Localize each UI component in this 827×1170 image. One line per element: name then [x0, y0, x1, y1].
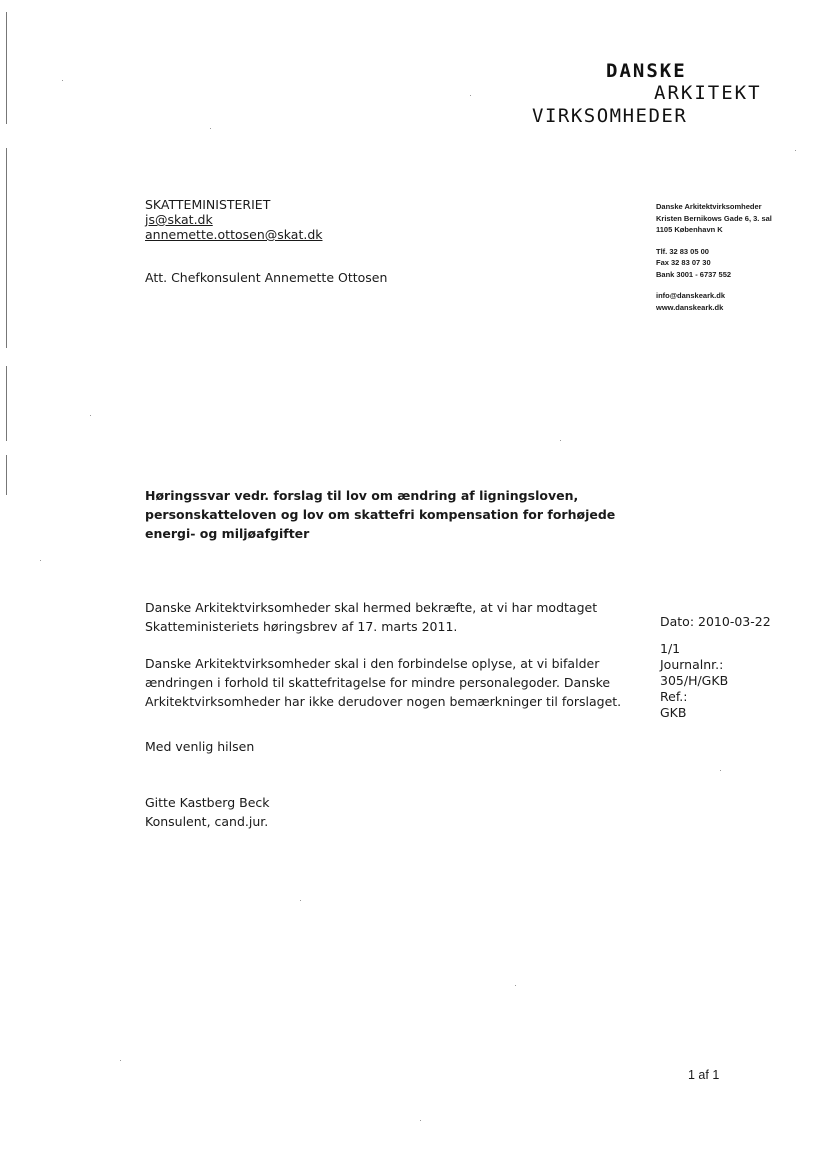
ref-value: GKB: [660, 705, 771, 721]
sender-address: Kristen Bernikows Gade 6, 3. sal: [656, 213, 772, 225]
scan-edge-line: [6, 148, 7, 348]
attention-line: Att. Chefkonsulent Annemette Ottosen: [145, 270, 387, 285]
closing-salutation: Med venlig hilsen: [145, 737, 625, 756]
recipient-organization: SKATTEMINISTERIET: [145, 197, 323, 212]
scan-edge-line: [6, 12, 7, 124]
scan-speck: [515, 985, 516, 986]
journal-label: Journalnr.:: [660, 657, 771, 673]
recipient-email-link[interactable]: js@skat.dk: [145, 212, 323, 227]
logo-virksomheder: VIRKSOMHEDER: [532, 105, 687, 127]
page-fraction: 1/1: [660, 641, 771, 657]
scan-speck: [120, 1060, 121, 1061]
scan-speck: [420, 1120, 421, 1121]
letter-subject: Høringssvar vedr. forslag til lov om ænd…: [145, 486, 625, 543]
logo-danske: DANSKE: [606, 60, 687, 82]
letter-meta: Dato: 2010-03-22 1/1 Journalnr.: 305/H/G…: [660, 614, 771, 721]
recipient-block: SKATTEMINISTERIET js@skat.dk annemette.o…: [145, 197, 323, 242]
scan-edge-line: [6, 455, 7, 495]
scan-speck: [470, 95, 471, 96]
body-paragraph: Danske Arkitektvirksomheder skal hermed …: [145, 598, 625, 636]
sender-phone: Tlf. 32 83 05 00: [656, 246, 772, 258]
signature-block: Gitte Kastberg Beck Konsulent, cand.jur.: [145, 793, 625, 831]
scan-speck: [62, 80, 63, 81]
ref-label: Ref.:: [660, 689, 771, 705]
letter-date: Dato: 2010-03-22: [660, 614, 771, 630]
sender-bank: Bank 3001 - 6737 552: [656, 269, 772, 281]
logo-arkitekt: ARKITEKT: [654, 82, 762, 104]
page-number: 1 af 1: [688, 1068, 719, 1082]
scan-speck: [40, 560, 41, 561]
journal-value: 305/H/GKB: [660, 673, 771, 689]
sender-fax: Fax 32 83 07 30: [656, 257, 772, 269]
body-paragraph: Danske Arkitektvirksomheder skal i den f…: [145, 654, 625, 711]
sender-website-link[interactable]: www.danskeark.dk: [656, 302, 772, 314]
scan-speck: [560, 440, 561, 441]
sender-block: Danske Arkitektvirksomheder Kristen Bern…: [656, 201, 772, 313]
scan-speck: [210, 128, 211, 129]
scan-speck: [795, 150, 796, 151]
signature-title: Konsulent, cand.jur.: [145, 812, 625, 831]
scan-speck: [90, 415, 91, 416]
signature-name: Gitte Kastberg Beck: [145, 793, 625, 812]
scan-speck: [720, 770, 721, 771]
sender-email-link[interactable]: info@danskeark.dk: [656, 290, 772, 302]
scan-edge-line: [6, 366, 7, 441]
sender-postal: 1105 København K: [656, 224, 772, 236]
scan-speck: [300, 900, 301, 901]
recipient-email-link[interactable]: annemette.ottosen@skat.dk: [145, 227, 323, 242]
sender-name: Danske Arkitektvirksomheder: [656, 201, 772, 213]
